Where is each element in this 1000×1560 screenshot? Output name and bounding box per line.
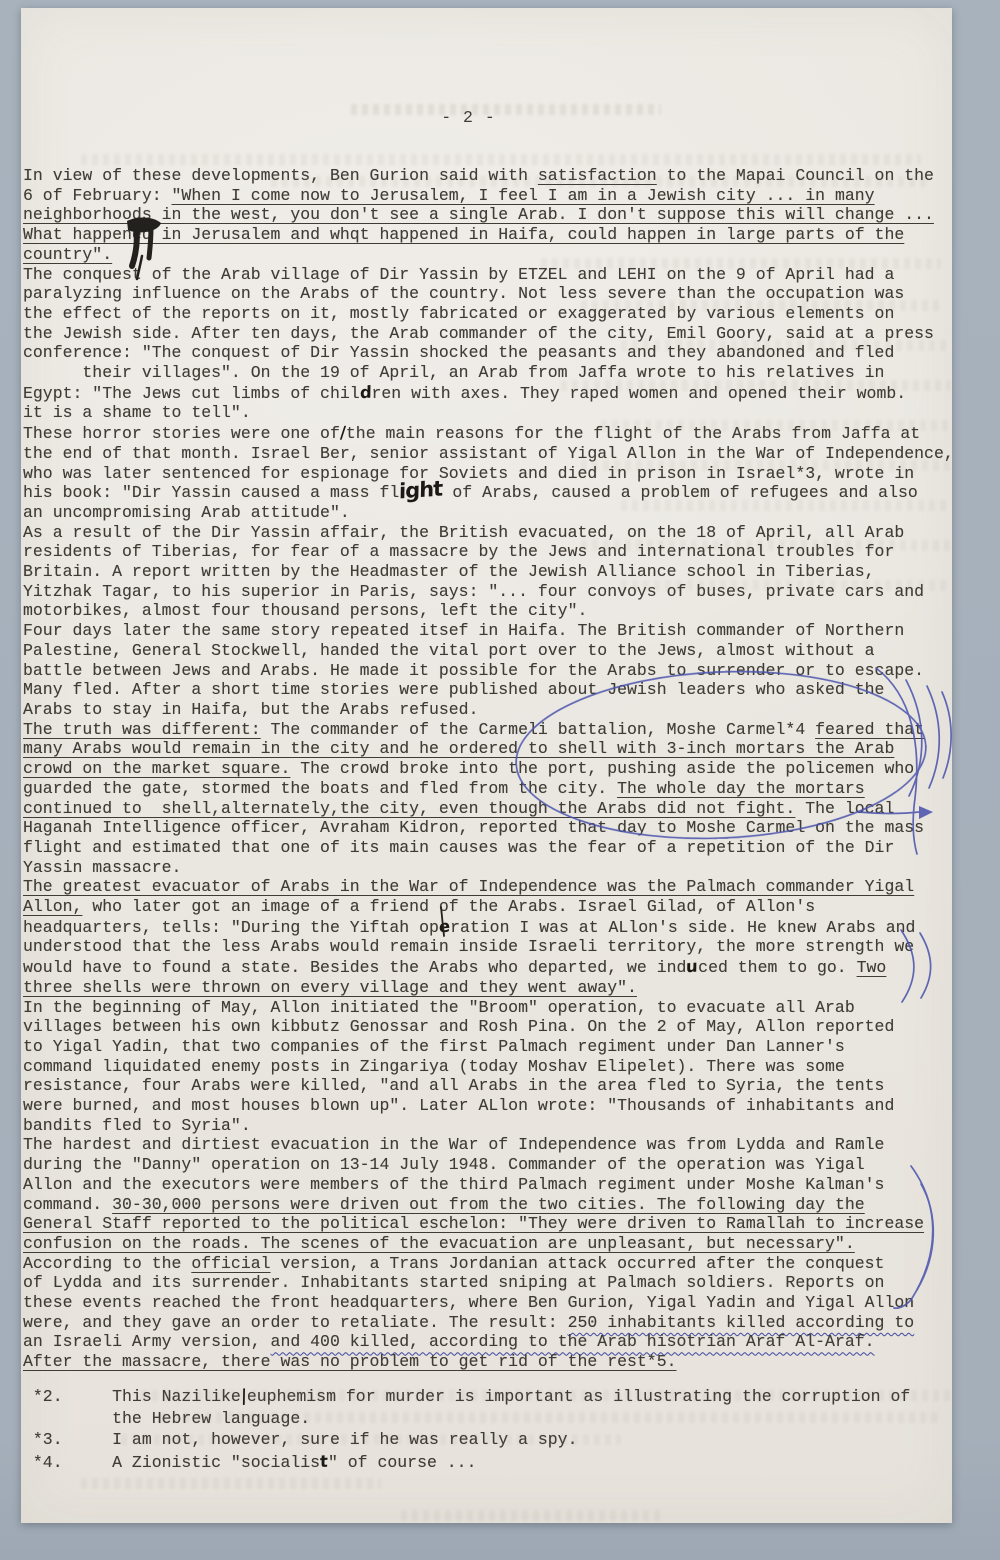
blue-wavy-underlined-text: and 400 killed, according to the Arab hi… bbox=[271, 1332, 875, 1351]
underlined-text: 30-30,000 persons were driven out from t… bbox=[23, 1195, 924, 1253]
handwritten-text: ight bbox=[399, 489, 442, 492]
bleed-through-ghost bbox=[621, 340, 951, 351]
bleed-through-ghost bbox=[401, 1510, 661, 1521]
handwritten-text: e bbox=[439, 916, 451, 937]
handwritten-text: d bbox=[359, 382, 371, 403]
bleed-through-ghost bbox=[581, 300, 941, 311]
handwritten-text: / bbox=[340, 423, 346, 443]
paragraph: The truth was different: The commander o… bbox=[23, 720, 952, 878]
typed-text: In the beginning of May, Allon initiated… bbox=[23, 998, 894, 1135]
blue-wavy-underlined-text: 250 inhabitants killed according to bbox=[568, 1313, 915, 1332]
typed-text: These horror stories were one of bbox=[23, 424, 340, 443]
typed-text: " of course ... bbox=[328, 1453, 477, 1472]
underlined-text: The truth was different: bbox=[23, 720, 261, 739]
paragraph: The hardest and dirtiest evacuation in t… bbox=[23, 1135, 952, 1253]
bleed-through-ghost bbox=[81, 1478, 381, 1489]
typed-text: ced them to go. bbox=[698, 958, 856, 977]
handwritten-text: t bbox=[320, 1450, 328, 1472]
typed-text: *4. A Zionistic "socialis bbox=[23, 1453, 320, 1472]
scan-background: - 2 - In view of these developments, Ben… bbox=[0, 0, 1000, 1560]
bleed-through-ghost bbox=[271, 176, 931, 187]
handwritten-text: u bbox=[686, 957, 698, 978]
bleed-through-ghost bbox=[81, 154, 921, 165]
typed-text: As a result of the Dir Yassin affair, th… bbox=[23, 523, 924, 621]
bleed-through-ghost bbox=[581, 460, 951, 471]
typed-text: Four days later the same story repeated … bbox=[23, 621, 924, 719]
bleed-through-ghost bbox=[351, 104, 661, 115]
typed-text: an Israeli Army version, bbox=[23, 1332, 271, 1351]
bleed-through-ghost bbox=[161, 1412, 941, 1423]
paragraph: The greatest evacuator of Arabs in the W… bbox=[23, 877, 952, 997]
bleed-through-ghost bbox=[541, 258, 941, 269]
paragraph: *4. A Zionistic "socialist" of course ..… bbox=[23, 1451, 910, 1474]
document-page: - 2 - In view of these developments, Ben… bbox=[21, 8, 952, 1523]
underlined-text: After the massacre, there was no problem… bbox=[23, 1352, 677, 1371]
typed-text: According to the bbox=[23, 1254, 191, 1273]
bleed-through-ghost bbox=[601, 420, 951, 431]
paragraph: In the beginning of May, Allon initiated… bbox=[23, 998, 952, 1136]
paragraph: As a result of the Dir Yassin affair, th… bbox=[23, 523, 952, 622]
typed-text: The commander of the Carmeli battalion, … bbox=[261, 720, 816, 739]
bleed-through-ghost bbox=[621, 500, 951, 511]
bleed-through-ghost bbox=[561, 380, 951, 391]
paragraph: According to the official version, a Tra… bbox=[23, 1254, 952, 1372]
paragraph: Four days later the same story repeated … bbox=[23, 621, 952, 720]
bleed-through-ghost bbox=[141, 1390, 952, 1401]
underlined-text: official bbox=[191, 1254, 270, 1273]
bleed-through-ghost bbox=[121, 1434, 621, 1445]
bleed-through-ghost bbox=[581, 540, 951, 551]
bleed-through-ghost bbox=[621, 580, 951, 591]
